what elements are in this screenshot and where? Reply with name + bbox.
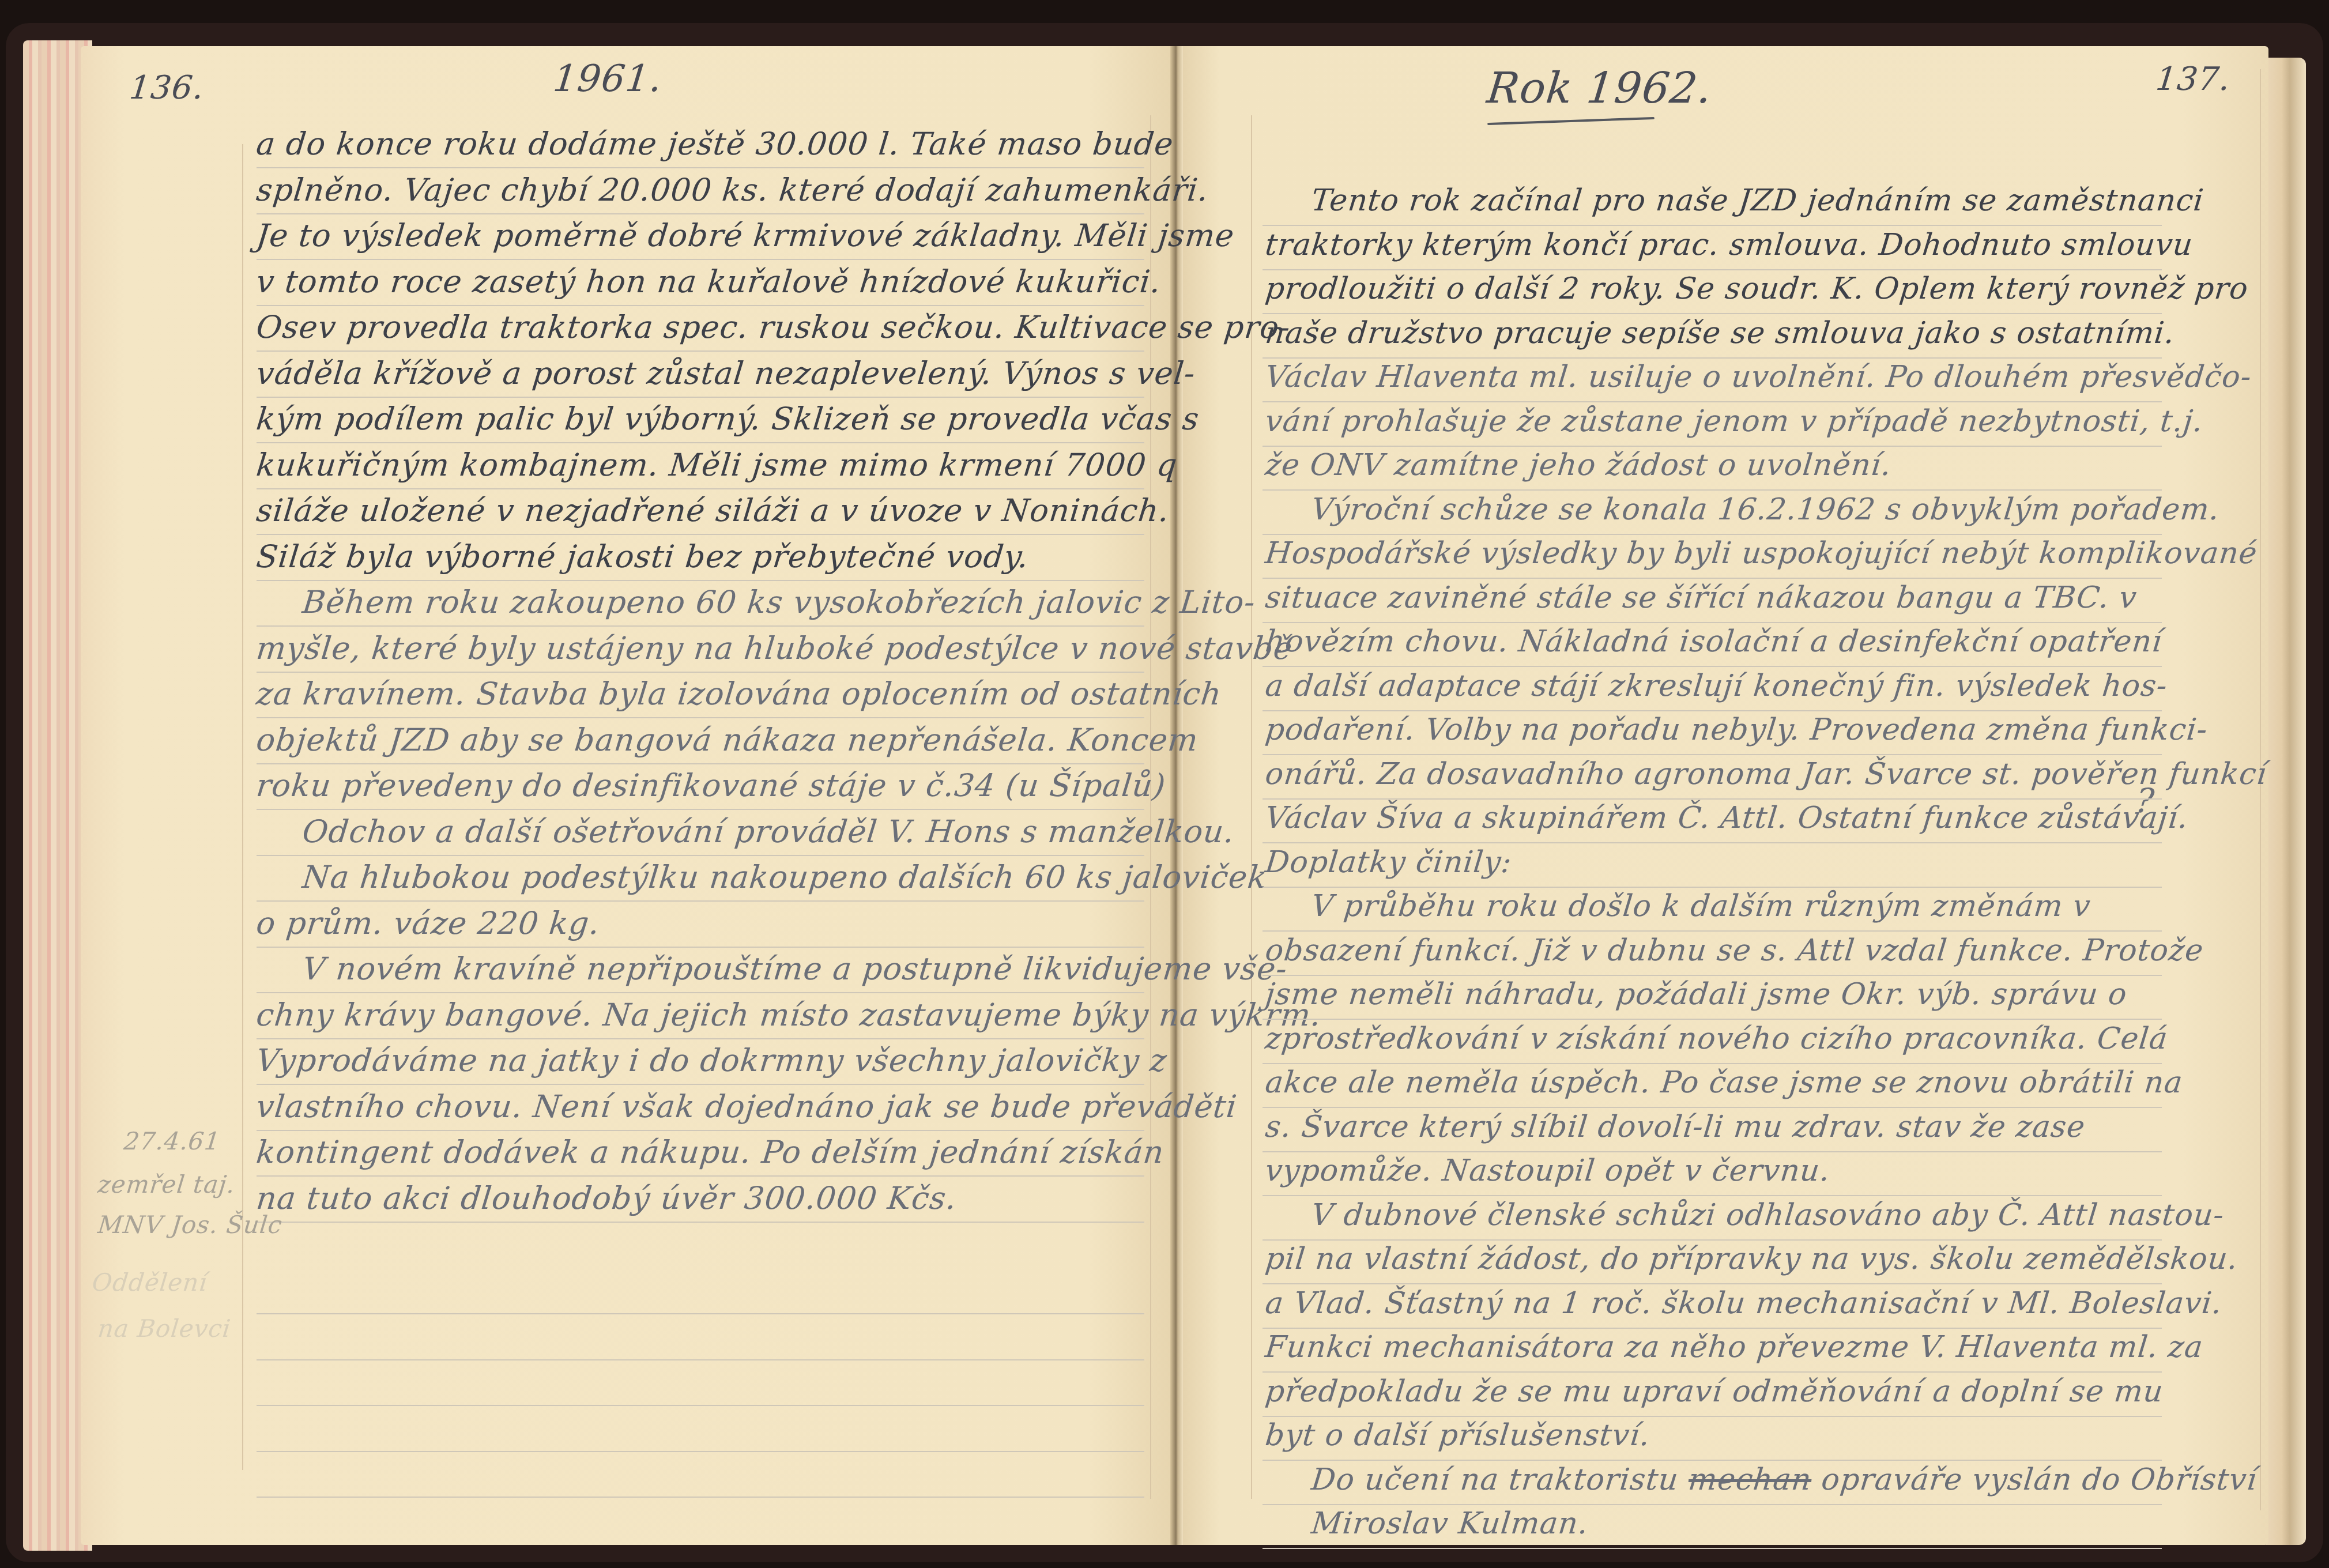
handwritten-line: v tomto roce zasetý hon na kuřalově hníz… [255, 263, 1163, 300]
ruled-line [257, 1130, 1144, 1131]
ruled-line [257, 213, 1144, 214]
handwritten-line: roku převedeny do desinfikované stáje v … [255, 767, 1168, 804]
ruled-line [257, 167, 1144, 168]
handwritten-line: Václav Hlaventa ml. usiluje o uvolnění. … [1264, 360, 2253, 394]
ruled-line [257, 397, 1144, 398]
ruled-line [1263, 842, 2162, 843]
margin-note-line-2: zemřel taj. [96, 1170, 236, 1198]
book-gutter [1170, 46, 1183, 1545]
margin-note-faded-1: Oddělení [91, 1268, 209, 1296]
ruled-line [1263, 710, 2162, 711]
handwritten-line: akce ale neměla úspěch. Po čase jsme se … [1264, 1065, 2185, 1100]
handwritten-line: traktorky kterým končí prac. smlouva. Do… [1264, 228, 2195, 262]
ruled-line [257, 855, 1144, 856]
ruled-line [257, 442, 1144, 443]
ruled-line [1263, 225, 2162, 226]
handwritten-line: V průběhu roku došlo k dalším různým změ… [1310, 889, 2093, 924]
left-page-margin-rule [242, 144, 243, 1470]
ruled-line [257, 900, 1144, 902]
ruled-line [257, 305, 1144, 306]
ruled-line [1263, 1107, 2162, 1108]
ruled-line [257, 625, 1144, 627]
left-page-year-header: 1961. [551, 58, 664, 100]
handwritten-line: podaření. Volby na pořadu nebyly. Proved… [1264, 713, 2210, 747]
ruled-line [257, 672, 1144, 673]
ruled-line [1263, 930, 2162, 932]
ruled-line [1263, 1063, 2162, 1064]
ruled-line [1263, 975, 2162, 976]
handwritten-line: že ONV zamítne jeho žádost o uvolnění. [1264, 448, 1893, 483]
ruled-line-empty [257, 1405, 1144, 1406]
ruled-line [257, 809, 1144, 810]
ruled-line [1263, 1019, 2162, 1020]
handwritten-line: vání prohlašuje že zůstane jenom v přípa… [1264, 404, 2205, 439]
handwritten-line: kontingent dodávek a nákupu. Po delším j… [255, 1134, 1166, 1170]
handwritten-line: chny krávy bangové. Na jejich místo zast… [255, 997, 1324, 1033]
handwritten-line: Funkci mechanisátora za něho převezme V.… [1264, 1330, 2205, 1365]
handwritten-line: hovězím chovu. Nákladná isolační a desin… [1264, 624, 2164, 659]
ruled-line [257, 1175, 1144, 1177]
handwritten-line: pil na vlastní žádost, do přípravky na v… [1264, 1242, 2240, 1276]
handwritten-line: vypomůže. Nastoupil opět v červnu. [1264, 1154, 1832, 1188]
ruled-line [257, 992, 1144, 993]
handwritten-line: na tuto akci dlouhodobý úvěr 300.000 Kčs… [255, 1180, 959, 1216]
margin-note-line-3: MNV Jos. Šulc [96, 1211, 284, 1239]
handwritten-line: byt o další příslušenství. [1264, 1418, 1652, 1453]
handwritten-line: Na hlubokou podestýlku nakoupeno dalších… [301, 859, 1269, 895]
ruled-line [257, 947, 1144, 948]
handwritten-line: Václav Šíva a skupinářem Č. Attl. Ostatn… [1264, 801, 2190, 835]
handwritten-line: Během roku zakoupeno 60 ks vysokobřezích… [301, 584, 1257, 620]
handwritten-line: V dubnové členské schůzi odhlasováno aby… [1310, 1198, 2226, 1232]
handwritten-line: předpokladu že se mu upraví odměňování a… [1264, 1374, 2165, 1409]
ruled-line [1263, 534, 2162, 535]
ruled-line [1263, 1328, 2162, 1329]
ruled-line [257, 488, 1144, 489]
handwritten-line: Hospodářské výsledky by byli uspokojujíc… [1264, 536, 2259, 571]
handwritten-line: myšle, které byly ustájeny na hluboké po… [255, 630, 1295, 666]
right-page-stack-edges [2266, 58, 2306, 1545]
handwritten-line: situace zaviněné stále se šířící nákazou… [1264, 581, 2139, 615]
handwritten-line: Vyprodáváme na jatky i do dokrmny všechn… [255, 1042, 1169, 1079]
ruled-line [1263, 1504, 2162, 1505]
handwritten-line: Siláž byla výborné jakosti bez přebytečn… [255, 538, 1031, 575]
margin-note-faded-2: na Bolevci [96, 1314, 232, 1343]
ruled-line [1263, 269, 2162, 270]
left-page-number: 136. [128, 69, 206, 107]
margin-note-date: 27.4.61 [122, 1127, 221, 1155]
ruled-line [1263, 1460, 2162, 1461]
handwritten-line: Tento rok začínal pro naše JZD jednáním … [1310, 183, 2206, 218]
handwritten-line: o prům. váze 220 kg. [255, 905, 602, 941]
handwritten-line: Odchov a další ošetřování prováděl V. Ho… [301, 813, 1237, 850]
handwritten-line: siláže uložené v nezjadřené siláži a v ú… [255, 492, 1171, 529]
handwritten-line: onářů. Za dosavadního agronoma Jar. Švar… [1264, 757, 2269, 791]
handwritten-line: Osev provedla traktorka spec. ruskou seč… [255, 309, 1292, 345]
ruled-line [257, 763, 1144, 764]
ruled-line [257, 259, 1144, 260]
ruled-line [1263, 313, 2162, 314]
handwritten-line: zprostředkování v získání nového cizího … [1264, 1022, 2170, 1056]
ruled-line [1263, 446, 2162, 447]
ruled-line [257, 534, 1144, 535]
handwritten-line: naše družstvo pracuje sepíše se smlouva … [1264, 316, 2177, 350]
ruled-line [1263, 578, 2162, 579]
handwritten-line: Doplatky činily: [1264, 845, 1514, 880]
ruled-line [257, 717, 1144, 718]
ruled-line [1263, 1195, 2162, 1196]
ruled-line-empty [257, 1359, 1144, 1360]
ruled-line [1263, 798, 2162, 800]
ruled-line [257, 350, 1144, 352]
handwritten-line: Výroční schůze se konala 16.2.1962 s obv… [1310, 492, 2221, 527]
right-page-number: 137. [2154, 61, 2233, 98]
ruled-line [1263, 666, 2162, 667]
handwritten-line: kým podílem palic byl výborný. Sklizeň s… [255, 401, 1201, 437]
right-page-title: Rok 1962. [1484, 63, 1714, 113]
handwritten-line: Do učení na traktoristu mechan opraváře … [1310, 1463, 2259, 1497]
ruled-line [1263, 754, 2162, 755]
handwritten-line: s. Švarce který slíbil dovolí-li mu zdra… [1264, 1110, 2087, 1144]
handwritten-line: splněno. Vajec chybí 20.000 ks. které do… [255, 172, 1211, 208]
handwritten-line: prodloužiti o další 2 roky. Se soudr. K.… [1264, 272, 2250, 306]
ruled-line-empty [257, 1313, 1144, 1314]
ruled-line [1263, 1283, 2162, 1284]
handwritten-line: vlastního chovu. Není však dojednáno jak… [255, 1088, 1239, 1125]
ruled-line [257, 1038, 1144, 1039]
ruled-line [1263, 887, 2162, 888]
ruled-line-empty [257, 1497, 1144, 1498]
handwritten-line: za kravínem. Stavba byla izolována oploc… [255, 676, 1224, 712]
struck-word: mechan [1687, 1463, 1813, 1497]
handwritten-line: obsazení funkcí. Již v dubnu se s. Attl … [1264, 933, 2206, 968]
handwritten-line: objektů JZD aby se bangová nákaza nepřen… [255, 722, 1200, 758]
ruled-line [1263, 401, 2162, 402]
ruled-line [257, 1222, 1144, 1223]
ruled-line [257, 580, 1144, 581]
ruled-line [1263, 489, 2162, 491]
handwritten-line: a do konce roku dodáme ještě 30.000 l. T… [255, 126, 1175, 162]
ruled-line [1263, 1239, 2162, 1241]
ruled-line [1263, 1151, 2162, 1152]
ruled-line [1263, 357, 2162, 359]
ruled-line [1263, 1371, 2162, 1373]
ruled-line-empty [257, 1451, 1144, 1452]
handwritten-line: Miroslav Kulman. [1310, 1506, 1591, 1541]
handwritten-line: váděla křížově a porost zůstal nezapleve… [255, 355, 1197, 391]
handwritten-line: V novém kravíně nepřipouštíme a postupně… [301, 951, 1290, 987]
handwritten-line: jsme neměli náhradu, požádali jsme Okr. … [1264, 977, 2129, 1012]
ruled-line [257, 1084, 1144, 1085]
handwritten-line: kukuřičným kombajnem. Měli jsme mimo krm… [255, 447, 1179, 483]
ruled-line [1263, 622, 2162, 623]
ruled-line [1263, 1548, 2162, 1549]
handwritten-line: a Vlad. Šťastný na 1 roč. školu mechanis… [1264, 1286, 2224, 1321]
ruled-line [1263, 1416, 2162, 1417]
handwritten-line: Je to výsledek poměrně dobré krmivové zá… [255, 217, 1237, 254]
handwritten-line: a další adaptace stájí zkreslují konečný… [1264, 669, 2169, 703]
